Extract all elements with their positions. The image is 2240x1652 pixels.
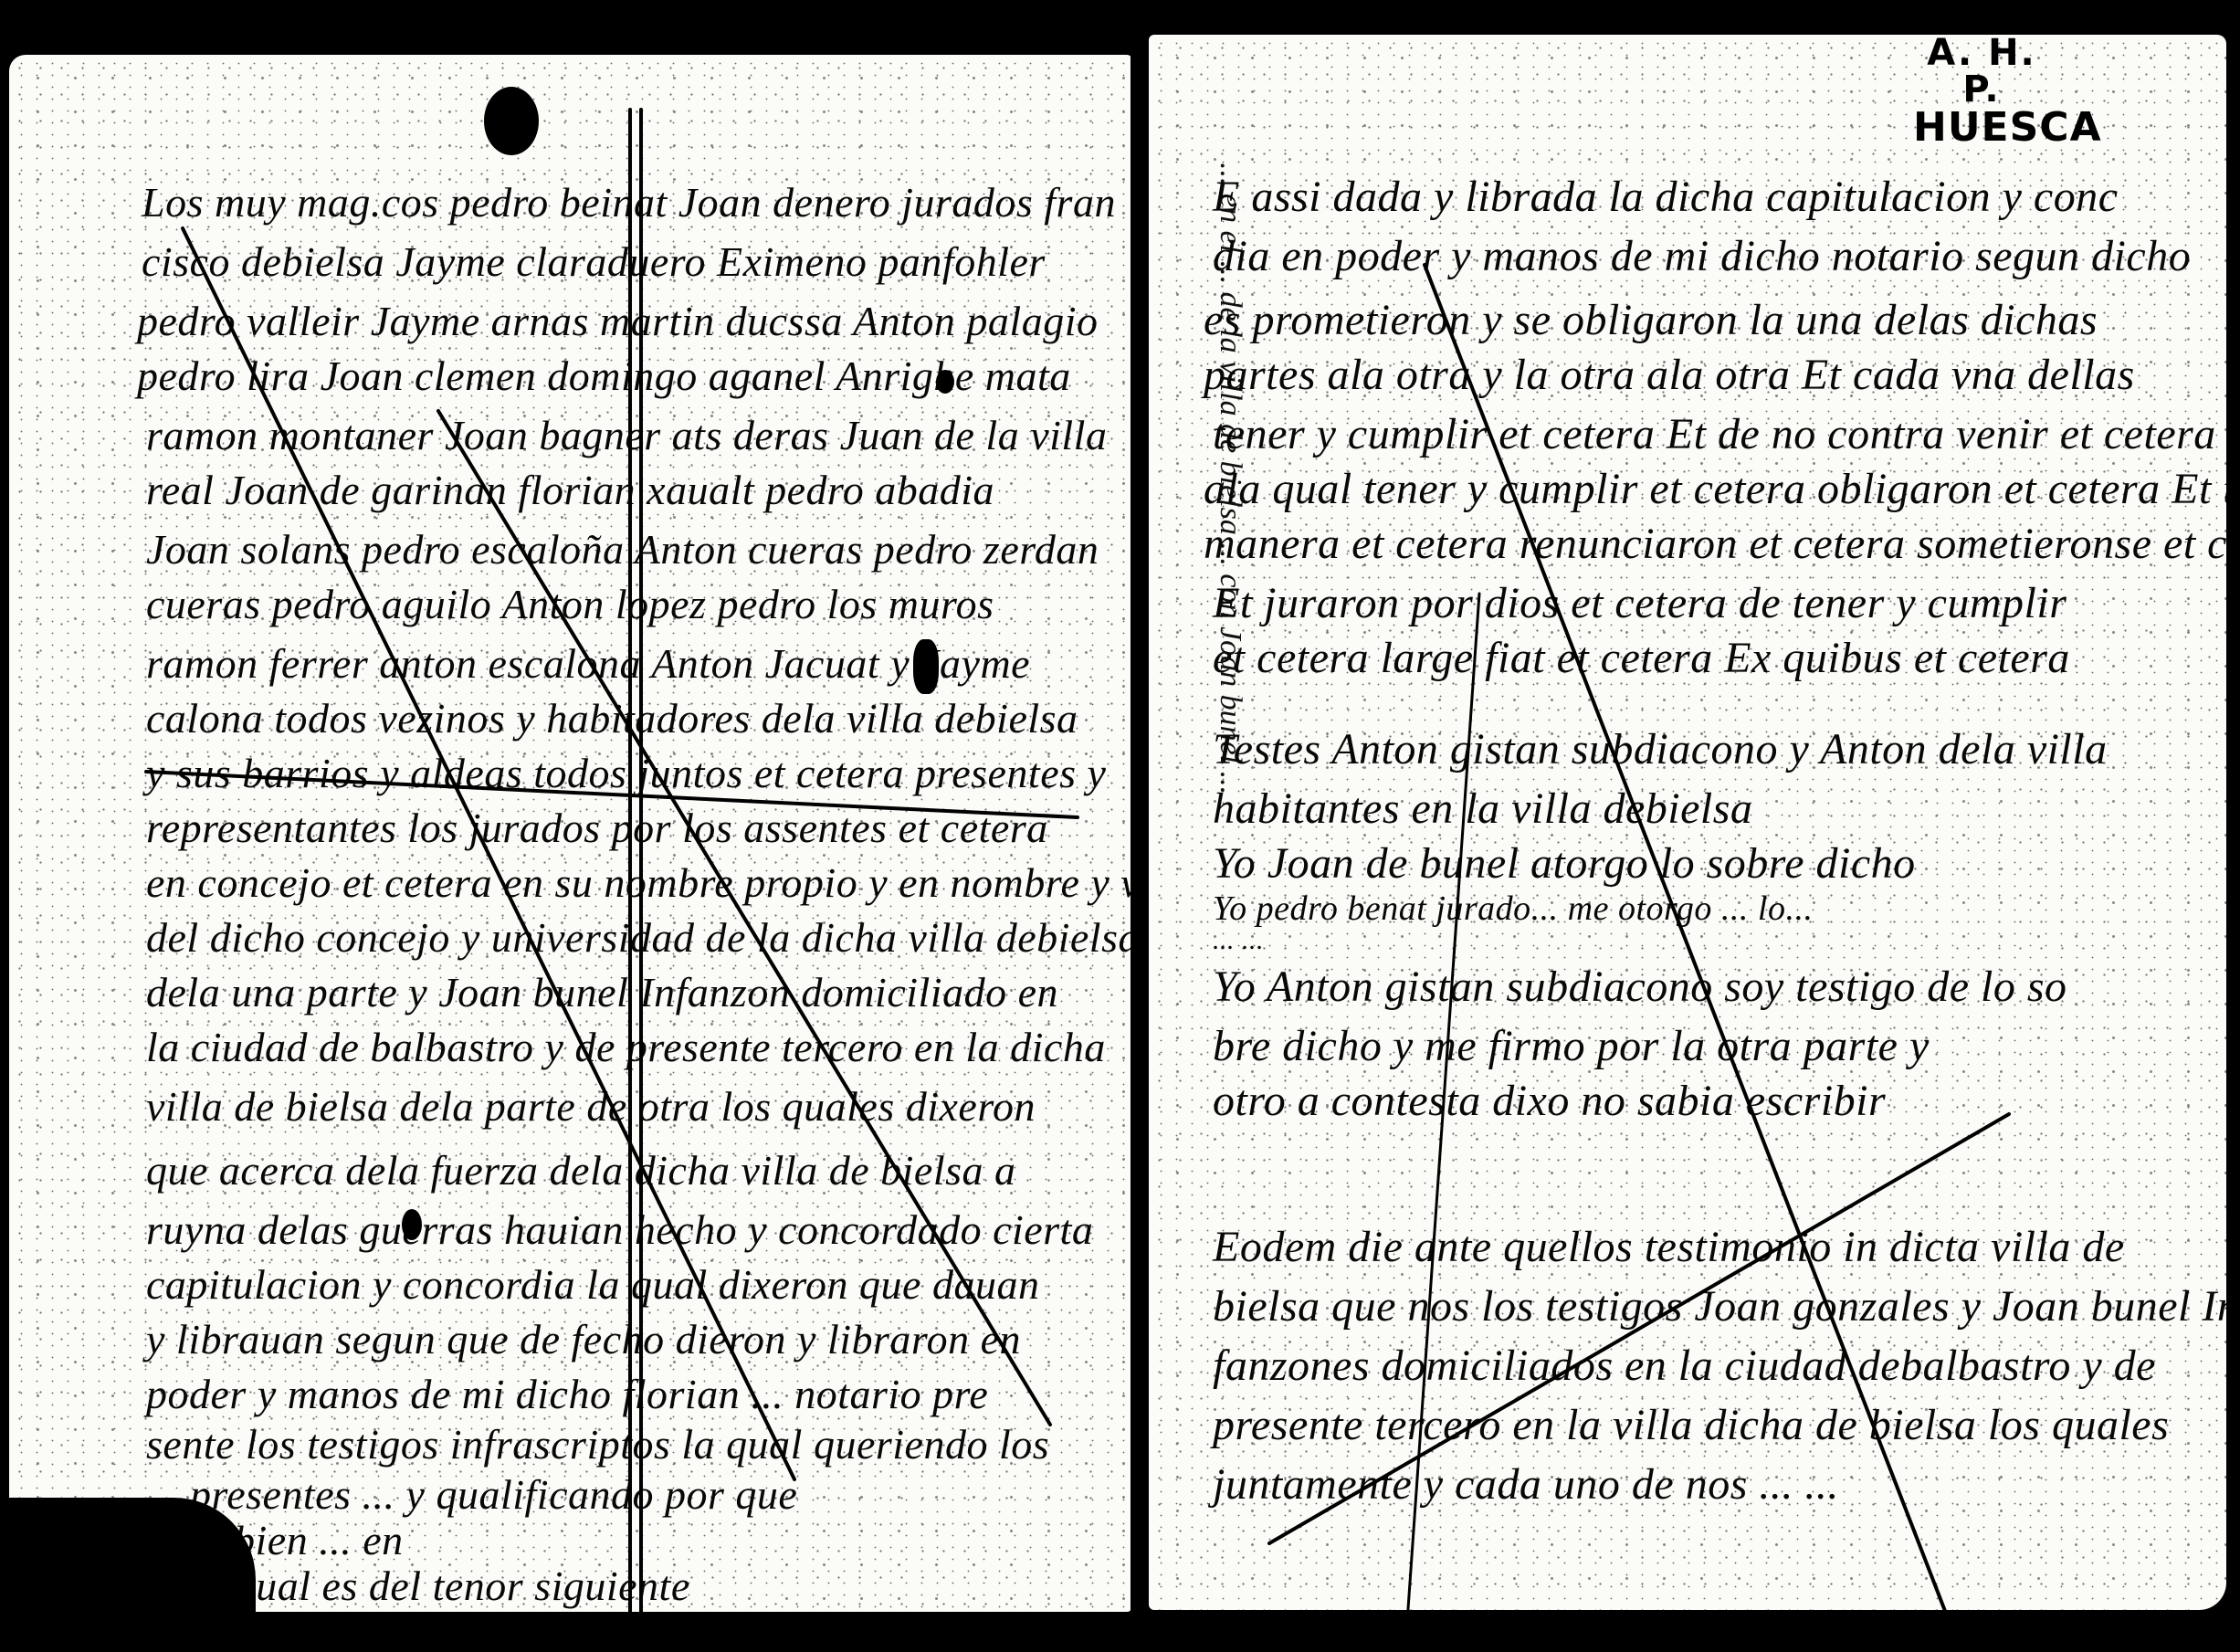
- left-line-1: Los muy mag.cos pedro beinat Joan denero…: [142, 178, 1116, 226]
- left-line-19: ruyna delas guerras hauian hecho y conco…: [146, 1205, 1093, 1254]
- left-line-17: villa de bielsa dela parte de otra los q…: [146, 1082, 1036, 1131]
- left-line-24: ... presentes ... y qualificando por que: [146, 1470, 797, 1519]
- right-line-14: ... ...: [1213, 925, 1264, 956]
- right-line-17: otro a contesta dixo no sabia escribir: [1213, 1076, 1886, 1126]
- right-line-13: Yo pedro benat jurado... me otorgo ... l…: [1213, 889, 1813, 929]
- left-line-23: sente los testigos infrascriptos la qual…: [146, 1420, 1049, 1468]
- right-line-21: presente tercero en la villa dicha de bi…: [1213, 1400, 2169, 1450]
- right-line-15: Yo Anton gistan subdiacono soy testigo d…: [1213, 962, 2067, 1012]
- right-line-22: juntamente y cada uno de nos ... ...: [1213, 1459, 1839, 1510]
- left-line-13: en concejo et cetera en su nombre propio…: [146, 858, 1132, 907]
- right-line-11: habitantes en la villa debielsa: [1213, 784, 1752, 834]
- left-line-21: y librauan segun que de fecho dieron y l…: [146, 1315, 1021, 1363]
- left-line-2: cisco debielsa Jayme claraduero Eximeno …: [142, 237, 1046, 286]
- right-line-19: bielsa que nos los testigos Joan gonzale…: [1213, 1281, 2226, 1331]
- right-line-16: bre dicho y me firmo por la otra parte y: [1213, 1021, 1930, 1071]
- right-line-12: Yo Joan de bunel atorgo lo sobre dicho: [1213, 838, 1916, 889]
- left-line-8: cueras pedro aguilo Anton lopez pedro lo…: [146, 580, 994, 628]
- right-line-9: et cetera large fiat et cetera Ex quibus…: [1213, 633, 2070, 683]
- right-line-10: Testes Anton gistan subdiacono y Anton d…: [1213, 724, 2108, 774]
- left-line-6: real Joan de garinan florian xaualt pedr…: [146, 466, 994, 514]
- left-line-16: la ciudad de balbastro y de presente ter…: [146, 1023, 1106, 1071]
- archive-stamp: A. H. P. HUESCA: [1913, 35, 2050, 148]
- ink-blot: [402, 1209, 422, 1240]
- left-line-4: pedro lira Joan clemen domingo aganel An…: [137, 352, 1071, 400]
- book-gutter: [1131, 27, 1151, 1635]
- left-line-10: calona todos vezinos y habitadores dela …: [146, 694, 1078, 742]
- left-page: Los muy mag.cos pedro beinat Joan denero…: [9, 55, 1132, 1612]
- right-line-4: partes ala otra y la otra ala otra Et ca…: [1204, 350, 2135, 400]
- ink-blot: [936, 370, 954, 394]
- right-line-6: ala qual tener y cumplir et cetera oblig…: [1204, 464, 2226, 514]
- right-line-1: E assi dada y librada la dicha capitulac…: [1213, 172, 2119, 222]
- left-line-11: y sus barrios y aldeas todos juntos et c…: [146, 749, 1106, 797]
- left-line-22: poder y manos de mi dicho florian ... no…: [146, 1370, 988, 1418]
- left-line-15: dela una parte y Joan bunel Infanzon dom…: [146, 968, 1058, 1016]
- ink-blot: [484, 87, 539, 155]
- right-page: ... en el ... de la villa de bielsa ... …: [1149, 35, 2226, 1610]
- left-line-20: capitulacion y concordia la qual dixeron…: [146, 1260, 1039, 1309]
- right-line-3: es prometieron y se obligaron la una del…: [1204, 295, 2098, 345]
- left-line-14: del dicho concejo y universidad de la di…: [146, 913, 1132, 962]
- archive-stamp-line1: A. H. P.: [1913, 35, 2050, 108]
- right-line-2: dia en poder y manos de mi dicho notario…: [1213, 231, 2191, 281]
- right-line-7: manera et cetera renunciaron et cetera s…: [1204, 519, 2226, 569]
- left-line-9: ramon ferrer anton escalona Anton Jacuat…: [146, 639, 1030, 688]
- ink-blot: [913, 639, 939, 694]
- left-line-5: ramon montaner Joan bagner ats deras Jua…: [146, 411, 1107, 459]
- right-line-20: fanzones domiciliados en la ciudad debal…: [1213, 1341, 2156, 1391]
- right-line-8: Et juraron por dios et cetera de tener y…: [1213, 578, 2066, 628]
- right-line-5: tener y cumplir et cetera Et de no contr…: [1213, 409, 2216, 459]
- left-line-12: representantes los jurados por los assen…: [146, 804, 1048, 852]
- archive-stamp-line2: HUESCA: [1913, 108, 2050, 148]
- left-line-18: que acerca dela fuerza dela dicha villa …: [146, 1146, 1016, 1194]
- right-line-18: Eodem die ante quellos testimonio in dic…: [1213, 1222, 2125, 1272]
- left-line-3: pedro valleir Jayme arnas martin ducssa …: [137, 297, 1098, 345]
- left-line-7: Joan solans pedro escaloña Anton cueras …: [146, 525, 1099, 573]
